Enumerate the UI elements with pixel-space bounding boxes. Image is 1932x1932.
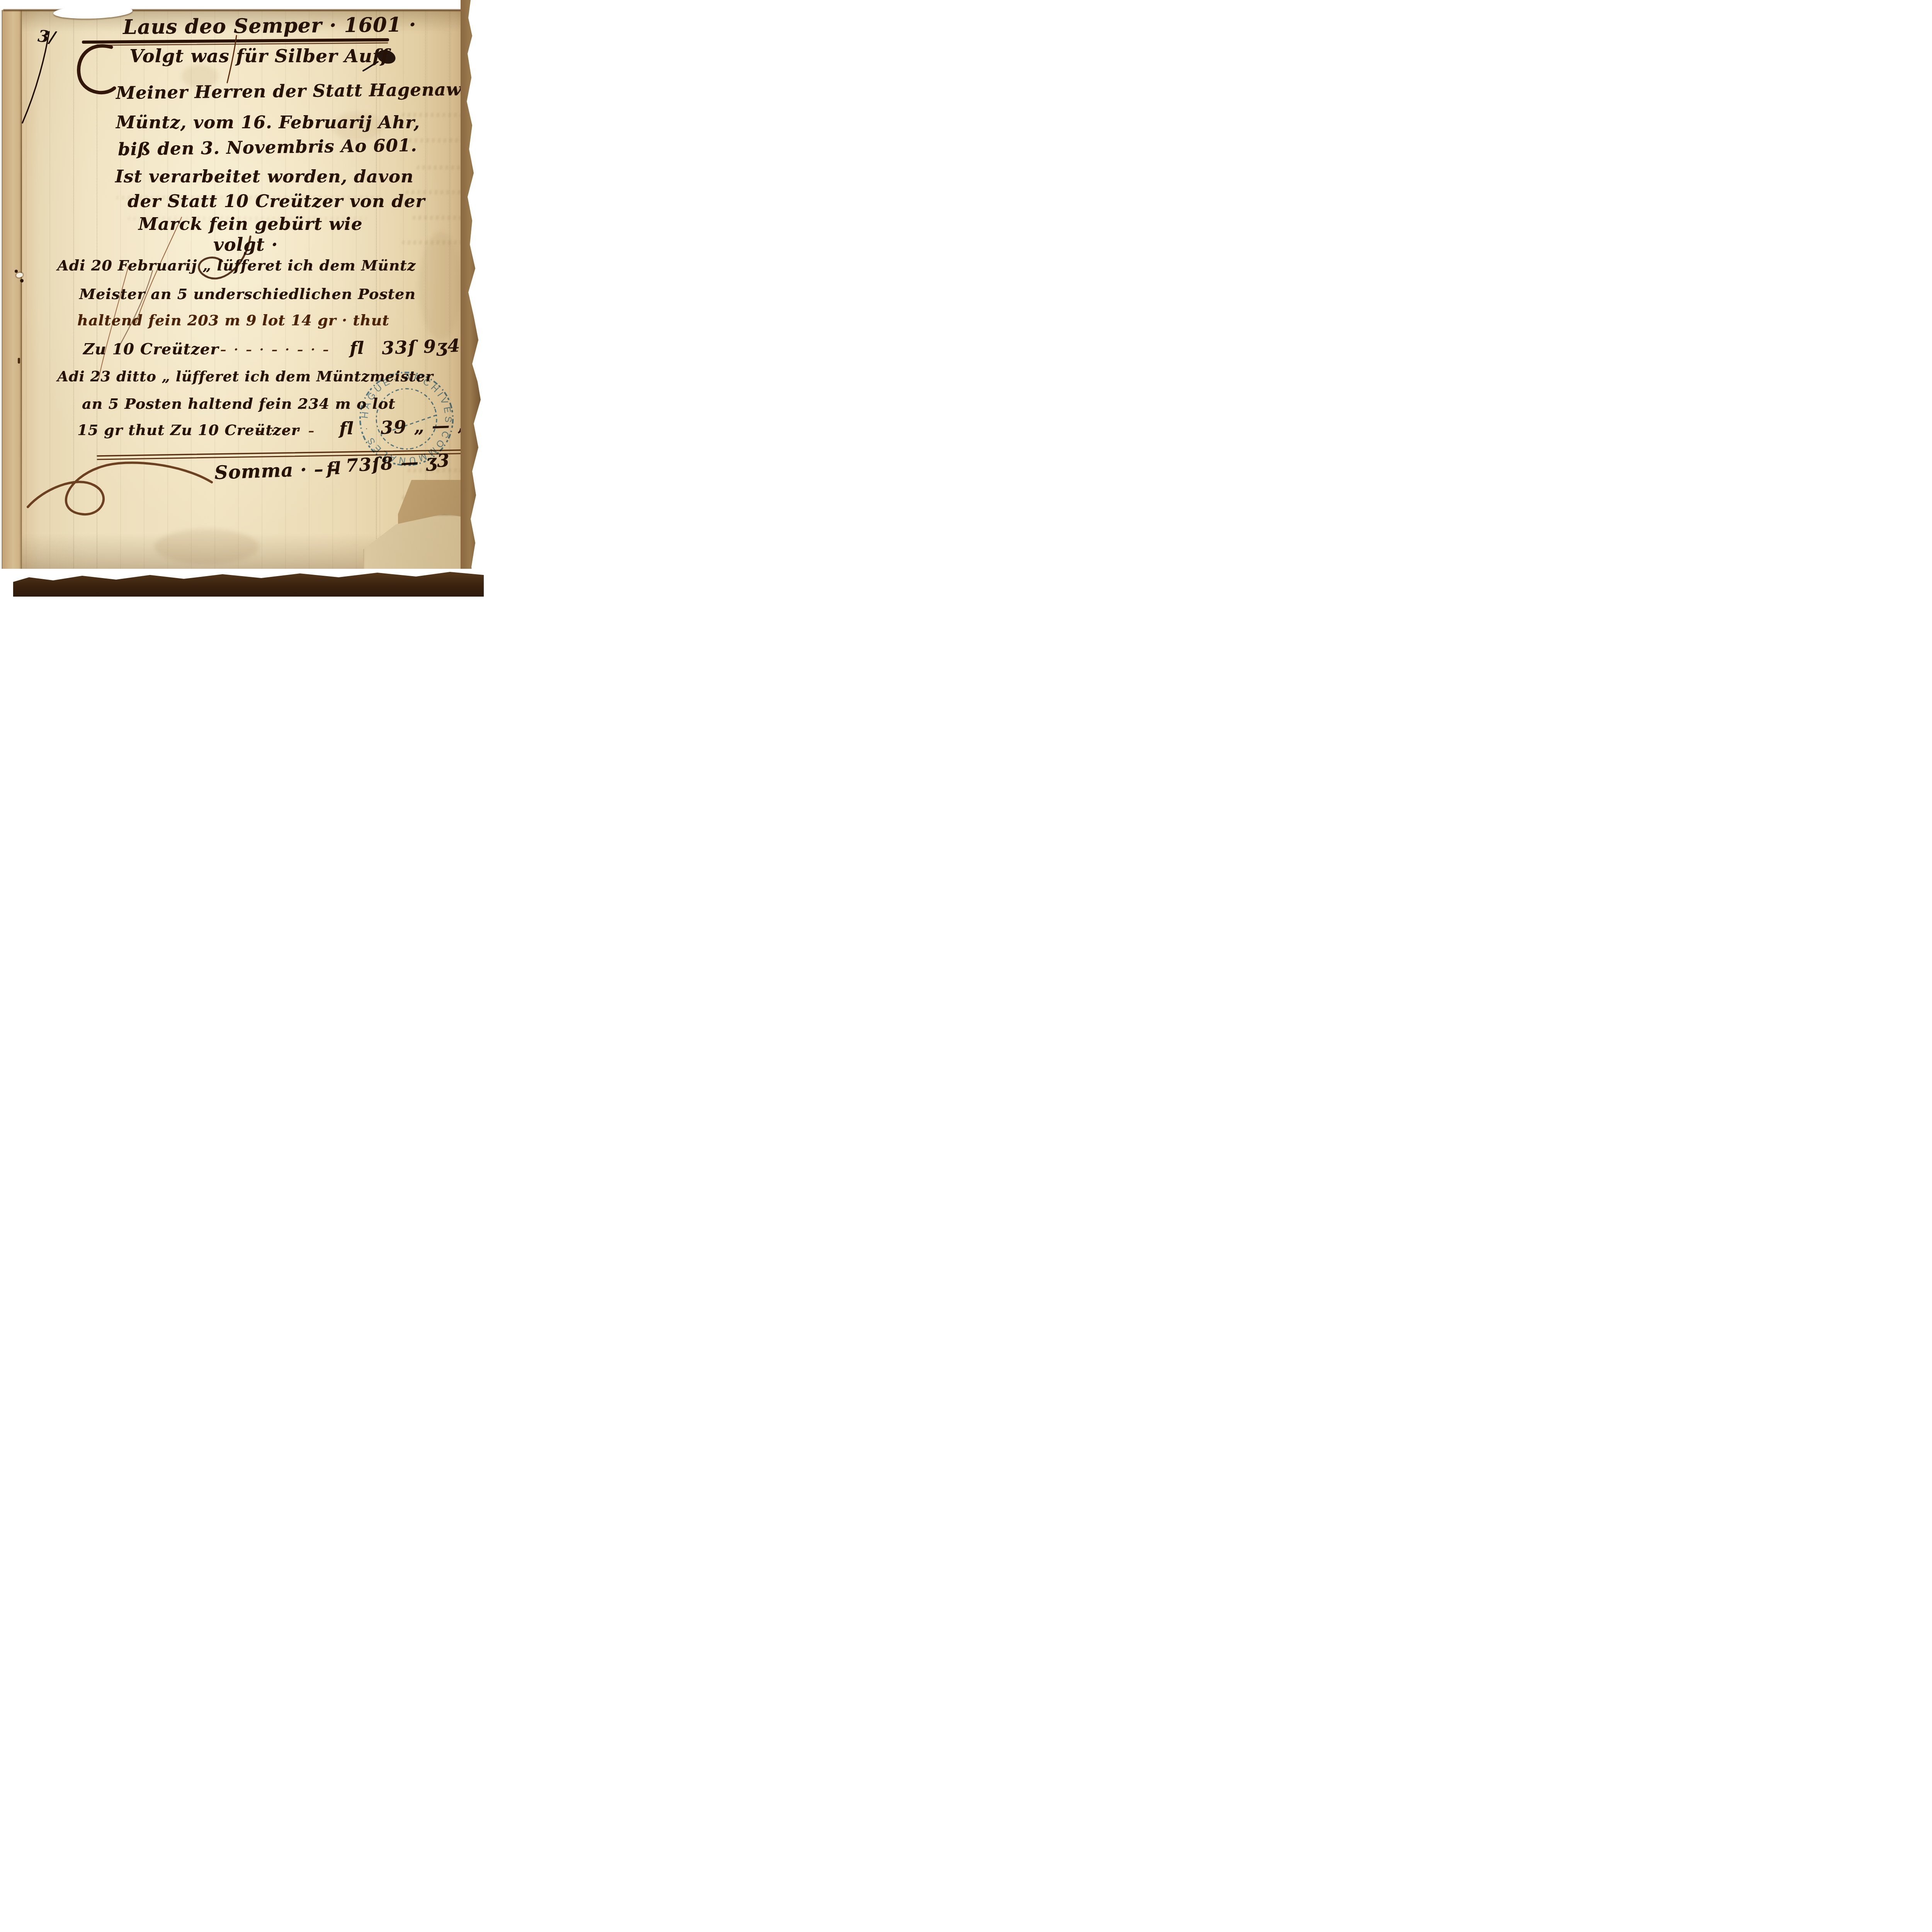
entry-line: Adi 20 Februarij „ lüfferet ich dem Münt… [57, 257, 416, 274]
currency-symbol: fl [326, 459, 341, 479]
manuscript-line: Volgt was für Silber Auff [129, 46, 389, 67]
torn-edge-right [461, 0, 484, 597]
stitch-mark [18, 358, 20, 364]
gutter-fold [21, 9, 22, 579]
paper-stain [155, 529, 259, 564]
entry-line: Meister an 5 underschiedlichen Posten [79, 285, 416, 303]
stitch-speck [20, 279, 24, 282]
manuscript-line: biß den 3. Novembris Ao 601. [118, 135, 417, 160]
manuscript-line: volgt · [213, 234, 278, 255]
currency-symbol: fl [350, 338, 364, 358]
entry-line: haltend fein 203 m 9 lot 14 gr · thut [77, 311, 389, 329]
chain-line [73, 9, 74, 579]
binding-strip [2, 7, 22, 579]
manuscript-line: Müntz, vom 16. Februarij Ahr, [116, 112, 420, 133]
summa-label: Somma · – – [214, 458, 340, 484]
leader-dashes: – · – · – · – · – [220, 343, 330, 357]
page-number: 3/ [37, 26, 56, 47]
manuscript-scan: 3/ Laus deo Semper · 1601 · Volgt was fü… [0, 0, 484, 597]
amount-value: 33ſ 9ʒ4 [381, 335, 461, 359]
leader-dashes: – · – · – [257, 424, 316, 438]
stitch-speck [15, 270, 18, 273]
heading: Laus deo Semper · 1601 · [123, 13, 417, 39]
manuscript-line: Ist verarbeitet worden, davon [115, 166, 413, 187]
paper-stain [419, 232, 462, 340]
torn-edge-bottom [0, 569, 484, 597]
currency-symbol: fl [339, 419, 354, 439]
entry-line: Zu 10 Creützer [83, 340, 219, 358]
manuscript-line: Meiner Herren der Statt Hagenaw [116, 79, 462, 103]
manuscript-line: der Statt 10 Creützer von der [128, 191, 425, 211]
manuscript-line: Marck fein gebürt wie [138, 214, 362, 234]
